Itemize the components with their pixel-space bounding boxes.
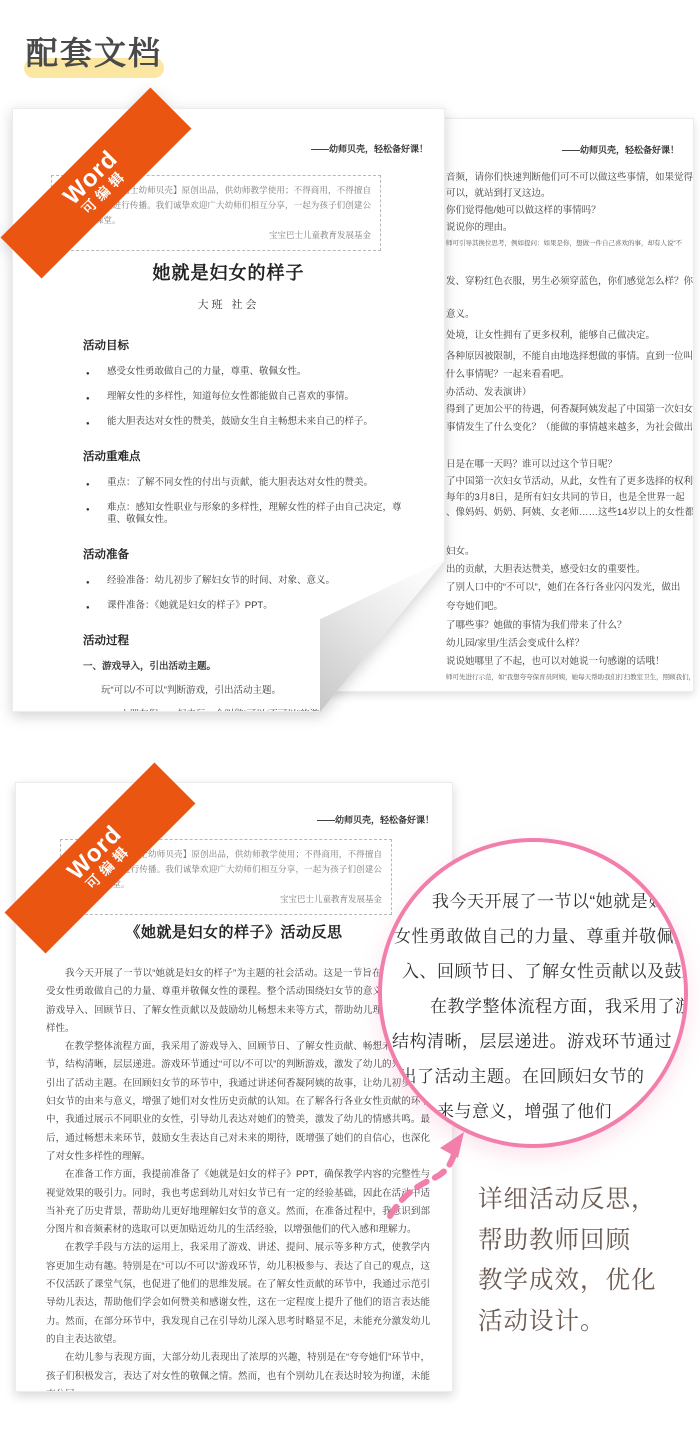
document-preview-page1: ——幼师贝壳，轻松备好课！ 本内容为【宝宝巴士幼师贝壳】原创出品，供幼师教学使用…: [12, 108, 445, 712]
magnified-text-line: 入、回顾节日、了解女性贡献以及鼓励幼: [382, 954, 684, 989]
reflection-paragraph: 在教学手段与方法的运用上，我采用了游戏、讲述、提问、展示等多种方式，使教学内容更…: [46, 1239, 430, 1349]
doc-slogan: ——幼师贝壳，轻松备好课！: [311, 142, 428, 155]
magnified-text-line: 引出了活动主题。在回顾妇女节的: [382, 1059, 684, 1094]
process-list: 一、游戏导入，引出活动主题。玩“可以/不可以”判断游戏，引出活动主题。——小朋友…: [83, 661, 406, 712]
bullet-item: 重点：了解不同女性的付出与贡献，能大胆表达对女性的赞美。: [83, 477, 406, 489]
text-fragment: 了别人口中的“不可以”，她们在各行各业闪闪发光，做出: [446, 579, 680, 593]
text-fragment: 了哪些事？她做的事情为我们带来了什么？: [446, 617, 627, 631]
bullet-item: 能大胆表达对女性的赞美，鼓励女生自主畅想未来自己的样子。: [83, 416, 406, 428]
caption-line: 活动设计。: [478, 1302, 657, 1343]
magnifier-circle: 我今天开展了一节以“她就是妇女性勇敢做自己的力量、尊重并敬佩女入、回顾节日、了解…: [378, 838, 688, 1148]
text-fragment: 得到了更加公平的待遇，何香凝阿姨发起了中国第一次妇女: [446, 401, 693, 415]
dashed-arrow-icon: [382, 1126, 482, 1229]
caption-line: 详细活动反思，: [478, 1180, 657, 1221]
process-line: 玩“可以/不可以”判断游戏，引出活动主题。: [83, 685, 406, 697]
text-fragment: 办活动、发表演讲）: [446, 384, 532, 398]
text-fragment: 师可引导其换位思考，例如提问：如果是你，想做一件自己喜欢的事，却有人说“不: [446, 238, 682, 247]
text-fragment: 发、穿粉红色衣服，男生必须穿蓝色，你们感觉怎么样？你: [446, 273, 693, 287]
goal-list: 感受女性勇敢做自己的力量，尊重、敬佩女性。理解女性的多样性，知道每位女性都能做自…: [83, 366, 406, 428]
text-fragment: 意义。: [446, 306, 475, 320]
process-line: ——小朋友们，一起来玩一个叫做“可以/不可以”的游戏吧。: [83, 709, 406, 712]
keypoint-list: 重点：了解不同女性的付出与贡献，能大胆表达对女性的赞美。难点：感知女性职业与形象…: [83, 477, 406, 526]
bullet-item: 经验准备：幼儿初步了解妇女节的时间、对象、意义。: [83, 575, 406, 587]
page-title: 配套文档: [26, 28, 162, 74]
text-fragment: 可以，就站到打叉这边。: [446, 185, 551, 199]
notice-signature: 宝宝巴士儿童教育发展基金: [70, 892, 382, 907]
text-fragment: 你们觉得他/她可以做这样的事情吗？: [446, 202, 601, 216]
magnified-text-line: 女性勇敢做自己的力量、尊重并敬佩女: [382, 919, 684, 954]
caption-line: 教学成效，优化: [478, 1261, 657, 1302]
text-fragment: 、像妈妈、奶奶、阿姨、女老师……这些14岁以上的女性都: [446, 504, 694, 518]
caption-line: 帮助教师回顾: [478, 1221, 657, 1262]
text-fragment: 夸夸她们吧。: [446, 598, 503, 612]
text-fragment: 日是在哪一天吗？谁可以过这个节日呢？: [446, 456, 617, 470]
caption-text: 详细活动反思，帮助教师回顾教学成效，优化活动设计。: [478, 1180, 657, 1342]
magnified-text-line: 我今天开展了一节以“她就是妇: [382, 884, 684, 919]
magnified-text-line: 结构清晰，层层递进。游戏环节通过: [382, 1024, 684, 1059]
notice-signature: 宝宝巴士儿童教育发展基金: [61, 228, 371, 243]
reflection-body: 我今天开展了一节以“她就是妇女的样子”为主题的社会活动。这是一节旨在引导幼儿感受…: [46, 965, 430, 1391]
text-fragment: 说说她哪里了不起，也可以对她说一句感谢的话哦！: [446, 653, 665, 667]
text-fragment: 幼儿园/家里/生活会变成什么样？: [446, 635, 584, 649]
reflection-paragraph: 我今天开展了一节以“她就是妇女的样子”为主题的社会活动。这是一节旨在引导幼儿感受…: [46, 965, 430, 1038]
text-fragment: 妇女。: [446, 543, 475, 557]
text-fragment: 说说你的理由。: [446, 219, 513, 233]
text-fragment: 什么事情呢？一起来看看吧。: [446, 366, 570, 380]
section-keypoints: 活动重难点 重点：了解不同女性的付出与贡献，能大胆表达对女性的赞美。难点：感知女…: [83, 448, 406, 526]
doc-slogan: ——幼师贝壳，轻松备好课！: [562, 143, 679, 156]
reflection-paragraph: 在幼儿参与表现方面，大部分幼儿表现出了浓厚的兴趣，特别是在“夸夸她们”环节中，孩…: [46, 1349, 430, 1391]
lesson-title: 她就是妇女的样子: [13, 259, 444, 285]
magnified-text-line: 在教学整体流程方面，我采用了游: [382, 989, 684, 1024]
text-fragment: 出的贡献，大胆表达赞美，感受妇女的重要性。: [446, 561, 646, 575]
bullet-item: 理解女性的多样性，知道每位女性都能做自己喜欢的事情。: [83, 391, 406, 403]
section-goals: 活动目标 感受女性勇敢做自己的力量，尊重、敬佩女性。理解女性的多样性，知道每位女…: [83, 337, 406, 428]
section-heading: 活动目标: [83, 337, 406, 353]
text-fragment: 每年的3月8日，是所有妇女共同的节日，也是全世界一起: [446, 489, 685, 503]
doc-slogan: ——幼师贝壳，轻松备好课！: [317, 813, 434, 826]
bullet-item: 难点：感知女性职业与形象的多样性，理解女性的样子由自己决定，尊重、敬佩女性。: [83, 502, 406, 526]
text-fragment: 师可先进行示范，如“我想夸夸保育员阿姨，她每天帮助我们打扫教室卫生，照顾我们，很…: [446, 672, 694, 681]
text-fragment: 夸奖妇女的付出、贡献，说出具体的优点。: [446, 689, 627, 692]
bullet-item: 感受女性勇敢做自己的力量，尊重、敬佩女性。: [83, 366, 406, 378]
text-fragment: 了中国第一次妇女节活动，从此，女性有了更多选择的权利，: [446, 473, 694, 487]
section-heading: 活动准备: [83, 546, 406, 562]
document-preview-reflection: ——幼师贝壳，轻松备好课！ 本内容为【宝宝巴士幼师贝壳】原创出品，供幼师教学使用…: [15, 782, 453, 1392]
text-fragment: 各种原因被限制，不能自由地选择想做的事情。直到一位叫: [446, 348, 693, 362]
lesson-subtitle: 大班 社会: [13, 296, 444, 312]
text-fragment: 事情发生了什么变化？（能做的事情越来越多，为社会做出: [446, 419, 693, 433]
text-fragment: 音频，请你们快速判断他们可不可以做这些事情，如果觉得: [446, 169, 693, 183]
section-heading: 活动重难点: [83, 448, 406, 464]
text-fragment: 处境，让女性拥有了更多权利，能够自己做决定。: [446, 327, 655, 341]
reflection-paragraph: 在教学整体流程方面，我采用了游戏导入、回顾节日、了解女性贡献、畅想未来四个环节，…: [46, 1038, 430, 1166]
reflection-paragraph: 在准备工作方面，我提前准备了《她就是妇女的样子》PPT，确保教学内容的完整性与视…: [46, 1166, 430, 1239]
